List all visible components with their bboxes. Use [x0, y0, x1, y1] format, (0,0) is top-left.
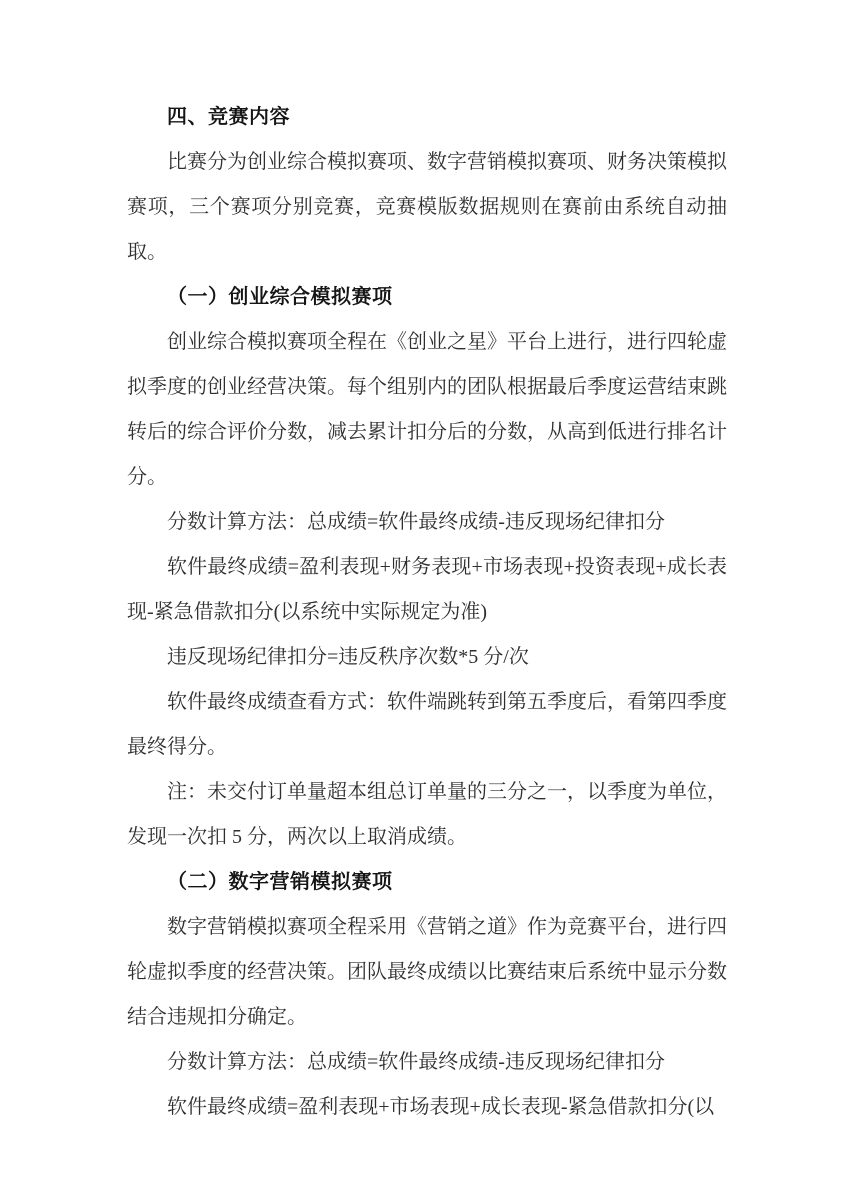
subsection-1-paragraph-score-view-method: 软件最终成绩查看方式：软件端跳转到第五季度后，看第四季度最终得分。: [127, 680, 727, 770]
subsection-1-heading: （一）创业综合模拟赛项: [127, 275, 727, 320]
subsection-1-paragraph-overview: 创业综合模拟赛项全程在《创业之星》平台上进行，进行四轮虚拟季度的创业经营决策。每…: [127, 320, 727, 500]
intro-paragraph: 比赛分为创业综合模拟赛项、数字营销模拟赛项、财务决策模拟赛项，三个赛项分别竞赛，…: [127, 140, 727, 275]
subsection-2-paragraph-software-score-formula: 软件最终成绩=盈利表现+市场表现+成长表现-紧急借款扣分(以: [127, 1085, 727, 1130]
subsection-2-heading: （二）数字营销模拟赛项: [127, 860, 727, 905]
section-heading: 四、竞赛内容: [127, 95, 727, 140]
subsection-1-paragraph-software-score-formula: 软件最终成绩=盈利表现+财务表现+市场表现+投资表现+成长表现-紧急借款扣分(以…: [127, 545, 727, 635]
document-page: 四、竞赛内容 比赛分为创业综合模拟赛项、数字营销模拟赛项、财务决策模拟赛项，三个…: [0, 0, 848, 1200]
subsection-1-paragraph-discipline-deduction: 违反现场纪律扣分=违反秩序次数*5 分/次: [127, 635, 727, 680]
subsection-1-paragraph-note: 注：未交付订单量超本组总订单量的三分之一，以季度为单位，发现一次扣 5 分，两次…: [127, 770, 727, 860]
subsection-1-paragraph-score-method: 分数计算方法：总成绩=软件最终成绩-违反现场纪律扣分: [127, 500, 727, 545]
subsection-2-paragraph-score-method: 分数计算方法：总成绩=软件最终成绩-违反现场纪律扣分: [127, 1040, 727, 1085]
subsection-2-paragraph-overview: 数字营销模拟赛项全程采用《营销之道》作为竞赛平台，进行四轮虚拟季度的经营决策。团…: [127, 905, 727, 1040]
